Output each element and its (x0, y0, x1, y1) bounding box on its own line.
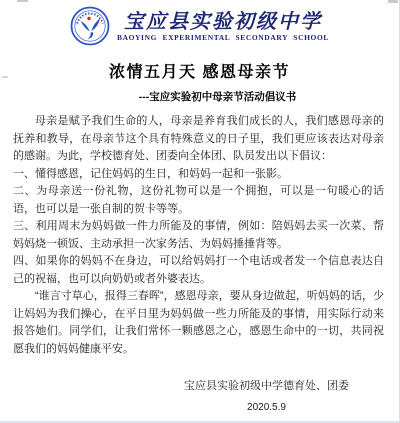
document-date: 2020.5.9 (184, 402, 349, 413)
letterhead: 宝应县实验初级中学 BAOYING EXPERIMENTAL SECONDARY… (0, 6, 399, 46)
body-paragraph-item-4: 四、如果你的妈妈不在身边，可以给妈妈打一个电话或者发一个信息表达自己的祝福，也可… (13, 253, 384, 288)
top-right-handle (388, 0, 398, 3)
signature-line: 宝应县实验初级中学德育处、团委 (184, 377, 349, 393)
body-paragraph-closing: “谁言寸草心，报得三春晖”，感恩母亲，要从身边做起，听妈妈的话，少让妈妈为我们操… (13, 288, 384, 358)
body-paragraph-item-2: 二、为母亲送一份礼物，这份礼物可以是一个拥抱，可以是一句暖心的话语，也可以是一张… (13, 183, 384, 218)
body-paragraph-intro: 母亲是赋予我们生命的人，母亲是养育我们成长的人，我们感恩母亲的抚养和教导，在母亲… (13, 113, 384, 166)
body-paragraph-item-1: 一、懂得感恩，记住妈妈的生日，和妈妈一起和一张影。 (13, 166, 384, 184)
top-left-handle (17, 0, 28, 2)
document-subtitle: ---宝应实验初中母亲节活动倡议书 (18, 89, 400, 104)
document-title: 浓情五月天 感恩母亲节 (0, 59, 399, 82)
school-emblem-icon (70, 6, 110, 46)
signature-block: 宝应县实验初级中学德育处、团委 2020.5.9 (184, 377, 349, 413)
edge-artifact (2, 76, 8, 78)
body-paragraph-item-3: 三、利用周末为妈妈做一件力所能及的事情，例如：陪妈妈去买一次菜、帮妈妈烧一顿饭、… (13, 218, 384, 253)
document-body: 母亲是赋予我们生命的人，母亲是养育我们成长的人，我们感恩母亲的抚养和教导，在母亲… (13, 113, 384, 358)
school-name-cn: 宝应县实验初级中学 (124, 10, 322, 32)
school-names: 宝应县实验初级中学 BAOYING EXPERIMENTAL SECONDARY… (117, 10, 329, 42)
school-name-en: BAOYING EXPERIMENTAL SECONDARY SCHOOL (117, 33, 329, 42)
document-page: 宝应县实验初级中学 BAOYING EXPERIMENTAL SECONDARY… (0, 0, 400, 423)
